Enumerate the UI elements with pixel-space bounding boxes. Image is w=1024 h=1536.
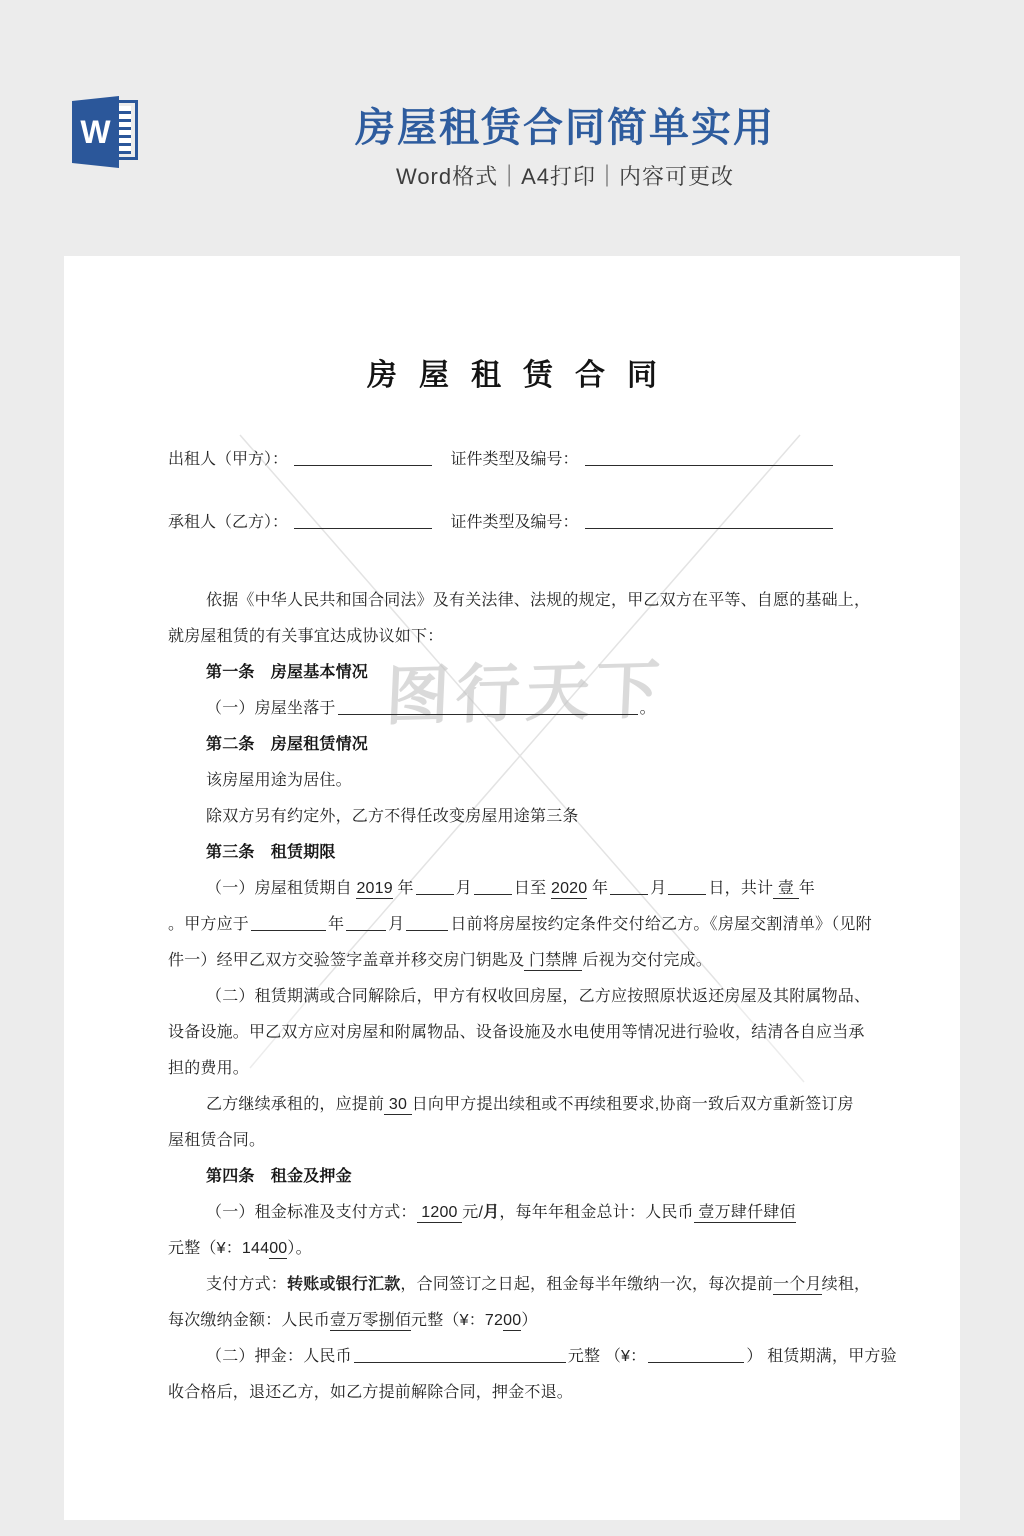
blank-underline-field xyxy=(338,699,638,715)
blank-underline-field xyxy=(585,513,833,529)
text-segment: 日前将房屋按约定条件交付给乙方。《房屋交割清单》（见附 xyxy=(450,916,871,933)
section-heading: 第三条 租赁期限 xyxy=(168,835,900,871)
contract-line: 屋租赁合同。 xyxy=(168,1123,900,1159)
text-segment: 支付方式： xyxy=(206,1276,287,1293)
blank-underline-field xyxy=(585,450,833,466)
text-segment: 日，共计 xyxy=(708,880,773,897)
text-segment: 续租， xyxy=(822,1276,871,1293)
text-segment: 月 xyxy=(650,880,666,897)
blank-underline-field xyxy=(346,915,386,931)
contract-line: （二）押金：人民币元整 （¥：） 租赁期满，甲方验 xyxy=(168,1339,900,1375)
underlined-value: 2019 xyxy=(356,880,392,899)
text-segment: 年 xyxy=(393,880,414,897)
text-segment: 第二条 房屋租赁情况 xyxy=(206,736,368,753)
underlined-value: 1200 xyxy=(417,1204,463,1223)
text-segment: 元/ xyxy=(462,1204,483,1221)
text-segment: ，合同签订之日起，租金每半年缴纳一次，每次提前 xyxy=(400,1276,773,1293)
blank-underline-field xyxy=(294,513,432,529)
text-segment: 月 xyxy=(456,880,472,897)
text-segment: 证件类型及编号： xyxy=(434,451,582,468)
contract-line: 该房屋用途为居住。 xyxy=(168,763,900,799)
text-segment: 月 xyxy=(388,916,404,933)
contract-line: 设备设施。甲乙双方应对房屋和附属物品、设备设施及水电使用等情况进行验收，结清各自… xyxy=(168,1015,900,1051)
text-segment: 年 xyxy=(328,916,344,933)
underlined-value: 壹万肆仟肆佰 xyxy=(694,1204,796,1223)
blank-underline-field xyxy=(406,915,448,931)
party-lines: 出租人（甲方）： 证件类型及编号： 承租人（乙方）： 证件类型及编号： xyxy=(168,428,900,554)
section-heading: 第四条 租金及押金 xyxy=(168,1159,900,1195)
text-segment: 元整 （¥： xyxy=(568,1348,647,1365)
text-segment: 年 xyxy=(799,880,815,897)
underlined-value: 00 xyxy=(503,1312,521,1331)
underlined-value: 壹 xyxy=(773,880,799,899)
blank-underline-field xyxy=(294,450,432,466)
bold-text: 月 xyxy=(483,1204,499,1221)
text-segment: （一）租金标准及支付方式： xyxy=(206,1204,417,1221)
text-segment: （一）房屋租赁期自 xyxy=(206,880,356,897)
contract-line: （一）房屋租赁期自 2019 年月日至 2020 年月日，共计 壹 年 xyxy=(168,871,900,907)
contract-line: 就房屋租赁的有关事宜达成协议如下： xyxy=(168,619,900,655)
blank-underline-field xyxy=(416,879,454,895)
text-segment: 后视为交付完成。 xyxy=(582,952,712,969)
text-segment: 年 xyxy=(587,880,608,897)
underlined-value: 壹万零捌佰 xyxy=(330,1312,411,1331)
text-segment: 第四条 租金及押金 xyxy=(206,1168,352,1185)
text-segment: 收合格后，退还乙方，如乙方提前解除合同，押金不退。 xyxy=(168,1384,573,1401)
section-heading: 第二条 房屋租赁情况 xyxy=(168,727,900,763)
contract-line: 件一）经甲乙双方交验签字盖章并移交房门钥匙及 门禁牌 后视为交付完成。 xyxy=(168,943,900,979)
text-segment: ） 租赁期满，甲方验 xyxy=(746,1348,896,1365)
text-segment: 乙方继续承租的，应提前 xyxy=(206,1096,384,1113)
text-segment: ，每年年租金总计：人民币 xyxy=(499,1204,693,1221)
text-segment: ） xyxy=(521,1312,537,1329)
bold-text: 转账或银行汇款 xyxy=(287,1276,400,1293)
blank-underline-field xyxy=(648,1347,744,1363)
underlined-value: 2020 xyxy=(551,880,587,899)
contract-line: 依据《中华人民共和国合同法》及有关法律、法规的规定，甲乙双方在平等、自愿的基础上… xyxy=(168,583,900,619)
page-title: 房屋租赁合同简单实用 xyxy=(106,96,1024,153)
blank-underline-field xyxy=(474,879,512,895)
contract-line: 收合格后，退还乙方，如乙方提前解除合同，押金不退。 xyxy=(168,1375,900,1411)
text-segment: 除双方另有约定外，乙方不得任改变房屋用途第三条 xyxy=(206,808,579,825)
section-heading: 第一条 房屋基本情况 xyxy=(168,655,900,691)
text-segment: 日向甲方提出续租或不再续租要求,协商一致后双方重新签订房 xyxy=(412,1096,854,1113)
text-segment: 元整（¥：144 xyxy=(168,1240,269,1257)
text-segment: 屋租赁合同。 xyxy=(168,1132,265,1149)
contract-line: 承租人（乙方）： 证件类型及编号： xyxy=(168,491,900,554)
contract-title: 房屋租赁合同 xyxy=(64,350,960,394)
text-segment: 元整（¥：72 xyxy=(411,1312,503,1329)
text-segment: 依据《中华人民共和国合同法》及有关法律、法规的规定，甲乙双方在平等、自愿的基础上… xyxy=(206,592,870,609)
text-segment: 就房屋租赁的有关事宜达成协议如下： xyxy=(168,628,443,645)
text-segment: 日至 xyxy=(514,880,551,897)
text-segment: 每次缴纳金额：人民币 xyxy=(168,1312,330,1329)
page-subtitle: Word格式｜A4打印｜内容可更改 xyxy=(106,160,1024,191)
underlined-value: 门禁牌 xyxy=(524,952,582,971)
underlined-value: 00 xyxy=(269,1240,287,1259)
contract-line: 支付方式：转账或银行汇款，合同签订之日起，租金每半年缴纳一次，每次提前一个月续租… xyxy=(168,1267,900,1303)
header: W 房屋租赁合同简单实用 Word格式｜A4打印｜内容可更改 xyxy=(0,0,1024,256)
text-segment: 件一）经甲乙双方交验签字盖章并移交房门钥匙及 xyxy=(168,952,524,969)
text-segment: 设备设施。甲乙双方应对房屋和附属物品、设备设施及水电使用等情况进行验收，结清各自… xyxy=(168,1024,865,1041)
blank-underline-field xyxy=(668,879,706,895)
text-segment: 证件类型及编号： xyxy=(434,514,582,531)
contract-line: 。甲方应于年月日前将房屋按约定条件交付给乙方。《房屋交割清单》（见附 xyxy=(168,907,900,943)
text-segment: ）。 xyxy=(287,1240,311,1257)
text-segment: 承租人（乙方）： xyxy=(168,514,292,531)
underlined-value: 一个月 xyxy=(773,1276,822,1295)
text-segment: （一）房屋坐落于 xyxy=(206,700,336,717)
contract-line: 元整（¥：14400）。 xyxy=(168,1231,900,1267)
document-page: 图行天下 房屋租赁合同 出租人（甲方）： 证件类型及编号： 承租人（乙方）： 证… xyxy=(64,256,960,1520)
text-segment: （二）押金：人民币 xyxy=(206,1348,352,1365)
text-segment: 担的费用。 xyxy=(168,1060,249,1077)
blank-underline-field xyxy=(251,915,326,931)
contract-line: 乙方继续承租的，应提前 30 日向甲方提出续租或不再续租要求,协商一致后双方重新… xyxy=(168,1087,900,1123)
contract-line: （一）房屋坐落于。 xyxy=(168,691,900,727)
contract-line: 除双方另有约定外，乙方不得任改变房屋用途第三条 xyxy=(168,799,900,835)
underlined-value: 30 xyxy=(384,1096,412,1115)
blank-underline-field xyxy=(610,879,648,895)
contract-line: （二）租赁期满或合同解除后，甲方有权收回房屋，乙方应按照原状返还房屋及其附属物品… xyxy=(168,979,900,1015)
text-segment: 。甲方应于 xyxy=(168,916,249,933)
contract-line: 每次缴纳金额：人民币壹万零捌佰元整（¥：7200） xyxy=(168,1303,900,1339)
template-preview-page: { "colors":{ "accent_blue":"#2b579a", "t… xyxy=(0,0,1024,1536)
text-segment: 出租人（甲方）： xyxy=(168,451,292,468)
contract-line: 担的费用。 xyxy=(168,1051,900,1087)
text-segment: 。 xyxy=(640,700,656,717)
contract-line: （一）租金标准及支付方式： 1200 元/月，每年年租金总计：人民币 壹万肆仟肆… xyxy=(168,1195,900,1231)
blank-underline-field xyxy=(354,1347,566,1363)
contract-body: 依据《中华人民共和国合同法》及有关法律、法规的规定，甲乙双方在平等、自愿的基础上… xyxy=(168,583,900,1411)
text-segment: 该房屋用途为居住。 xyxy=(206,772,352,789)
text-segment: （二）租赁期满或合同解除后，甲方有权收回房屋，乙方应按照原状返还房屋及其附属物品… xyxy=(206,988,870,1005)
contract-line: 出租人（甲方）： 证件类型及编号： xyxy=(168,428,900,491)
text-segment: 第三条 租赁期限 xyxy=(206,844,336,861)
text-segment: 第一条 房屋基本情况 xyxy=(206,664,368,681)
